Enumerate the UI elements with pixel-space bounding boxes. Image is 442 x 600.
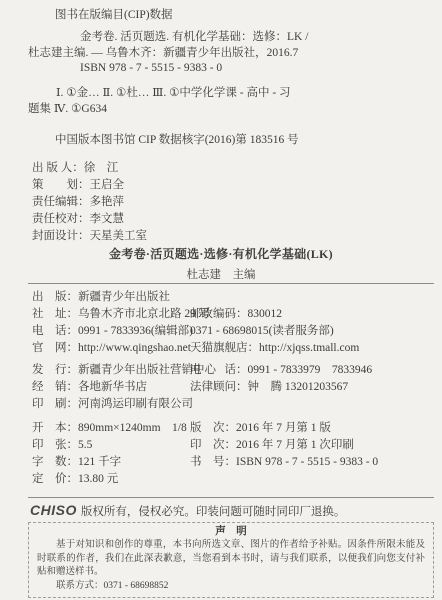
info-right: 天猫旗舰店：http://xjqss.tmall.com bbox=[190, 340, 432, 357]
info-right: 法律顾问：钟 腾 13201203567 bbox=[190, 379, 432, 396]
info-row: 定 价：13.80 元 bbox=[32, 471, 432, 488]
info-right: 邮政编码：830012 bbox=[190, 306, 432, 323]
info-right bbox=[190, 471, 432, 488]
info-row: 社 址：乌鲁木齐市北京北路 29 号邮政编码：830012 bbox=[32, 306, 432, 323]
cip-classification: Ⅰ. ①金… Ⅱ. ①杜… Ⅲ. ①中学化学课 - 高中 - 习 题集 Ⅳ. ①… bbox=[28, 86, 418, 117]
book-title: 金考卷·活页题选·选修·有机化学基础(LK) bbox=[0, 245, 442, 262]
statement-box: 声 明 基于对知识和创作的尊重，本书向所选文章、图片的作者给予补贴。因条件所限未… bbox=[28, 522, 434, 598]
info-row: 字 数：121 千字书 号：ISBN 978 - 7 - 5515 - 9383… bbox=[32, 454, 432, 471]
distribution-info: 发 行：新疆青少年出版社营销中心电 话：0991 - 7833979 78339… bbox=[32, 362, 432, 413]
title-block: 金考卷·活页题选·选修·有机化学基础(LK) 杜志建 主编 bbox=[0, 245, 442, 282]
staff-label: 责任校对： bbox=[32, 213, 90, 225]
cip-line: 金考卷. 活页题选. 有机化学基础：选修：LK / bbox=[28, 30, 418, 46]
info-left: 社 址：乌鲁木齐市北京北路 29 号 bbox=[32, 306, 190, 323]
staff-value: 天星美工室 bbox=[90, 230, 148, 242]
staff-label: 出 版 人： bbox=[32, 162, 84, 174]
info-right: 版 次：2016 年 7 月第 1 版 bbox=[190, 420, 432, 437]
info-right: 书 号：ISBN 978 - 7 - 5515 - 9383 - 0 bbox=[190, 454, 432, 471]
info-right: 电 话：0991 - 7833979 7833946 bbox=[190, 362, 432, 379]
info-left: 印 刷：河南鸿运印刷有限公司 bbox=[32, 396, 190, 413]
copyright-page: 图书在版编目(CIP)数据 金考卷. 活页题选. 有机化学基础：选修：LK / … bbox=[0, 0, 442, 600]
info-row: 印 张：5.5印 次：2016 年 7 月第 1 次印刷 bbox=[32, 437, 432, 454]
staff-value: 李文慧 bbox=[90, 213, 125, 225]
info-left: 定 价：13.80 元 bbox=[32, 471, 190, 488]
copyright-line: CHISO版权所有，侵权必究。印装问题可随时同印厂退换。 bbox=[30, 502, 432, 519]
info-right: 0371 - 68698015(读者服务部) bbox=[190, 323, 432, 340]
staff-row: 出 版 人：徐 江 bbox=[32, 160, 147, 177]
info-left: 印 张：5.5 bbox=[32, 437, 190, 454]
staff-value: 多艳萍 bbox=[90, 196, 125, 208]
info-right: 印 次：2016 年 7 月第 1 次印刷 bbox=[190, 437, 432, 454]
format-info: 开 本：890mm×1240mm 1/8版 次：2016 年 7 月第 1 版 … bbox=[32, 420, 432, 488]
staff-label: 策 划： bbox=[32, 179, 90, 191]
staff-label: 封面设计： bbox=[32, 230, 90, 242]
cip-line: 杜志建主编. — 乌鲁木齐：新疆青少年出版社，2016.7 bbox=[28, 46, 418, 62]
info-row: 经 销：各地新华书店法律顾问：钟 腾 13201203567 bbox=[32, 379, 432, 396]
statement-title: 声 明 bbox=[37, 525, 425, 539]
info-row: 开 本：890mm×1240mm 1/8版 次：2016 年 7 月第 1 版 bbox=[32, 420, 432, 437]
info-row: 电 话：0991 - 7833936(编辑部)0371 - 68698015(读… bbox=[32, 323, 432, 340]
info-right bbox=[190, 396, 432, 413]
publisher-info: 出 版：新疆青少年出版社 社 址：乌鲁木齐市北京北路 29 号邮政编码：8300… bbox=[32, 289, 432, 357]
divider bbox=[28, 283, 434, 284]
info-left: 官 网：http://www.qingshao.net bbox=[32, 340, 190, 357]
cip-description: 金考卷. 活页题选. 有机化学基础：选修：LK / 杜志建主编. — 乌鲁木齐：… bbox=[28, 30, 418, 77]
publisher-logo: CHISO bbox=[30, 502, 77, 518]
statement-contact: 联系方式：0371 - 68698852 bbox=[37, 580, 425, 594]
staff-row: 责任校对：李文慧 bbox=[32, 211, 147, 228]
cip-class-line: Ⅰ. ①金… Ⅱ. ①杜… Ⅲ. ①中学化学课 - 高中 - 习 bbox=[28, 86, 418, 102]
statement-body: 基于对知识和创作的尊重，本书向所选文章、图片的作者给予补贴。因条件所限未能及时联… bbox=[37, 539, 425, 580]
info-left: 电 话：0991 - 7833936(编辑部) bbox=[32, 323, 190, 340]
info-row: 官 网：http://www.qingshao.net天猫旗舰店：http://… bbox=[32, 340, 432, 357]
book-author: 杜志建 主编 bbox=[0, 266, 442, 282]
info-row: 发 行：新疆青少年出版社营销中心电 话：0991 - 7833979 78339… bbox=[32, 362, 432, 379]
staff-value: 徐 江 bbox=[84, 162, 119, 174]
info-right bbox=[190, 289, 432, 306]
staff-row: 责任编辑：多艳萍 bbox=[32, 194, 147, 211]
info-left: 字 数：121 千字 bbox=[32, 454, 190, 471]
cip-heading: 图书在版编目(CIP)数据 bbox=[55, 6, 173, 22]
info-left: 发 行：新疆青少年出版社营销中心 bbox=[32, 362, 190, 379]
info-row: 出 版：新疆青少年出版社 bbox=[32, 289, 432, 306]
cip-class-line: 题集 Ⅳ. ①G634 bbox=[28, 102, 418, 118]
staff-row: 封面设计：天星美工室 bbox=[32, 228, 147, 245]
info-left: 开 本：890mm×1240mm 1/8 bbox=[32, 420, 190, 437]
cip-record-number: 中国版本图书馆 CIP 数据核字(2016)第 183516 号 bbox=[55, 131, 299, 147]
info-left: 经 销：各地新华书店 bbox=[32, 379, 190, 396]
divider bbox=[28, 497, 434, 498]
staff-row: 策 划：王启全 bbox=[32, 177, 147, 194]
info-row: 印 刷：河南鸿运印刷有限公司 bbox=[32, 396, 432, 413]
copyright-notice: 版权所有，侵权必究。印装问题可随时同印厂退换。 bbox=[81, 506, 346, 518]
cip-isbn: ISBN 978 - 7 - 5515 - 9383 - 0 bbox=[28, 61, 418, 77]
staff-label: 责任编辑： bbox=[32, 196, 90, 208]
info-left: 出 版：新疆青少年出版社 bbox=[32, 289, 190, 306]
staff-value: 王启全 bbox=[90, 179, 125, 191]
staff-list: 出 版 人：徐 江 策 划：王启全 责任编辑：多艳萍 责任校对：李文慧 封面设计… bbox=[32, 160, 147, 245]
